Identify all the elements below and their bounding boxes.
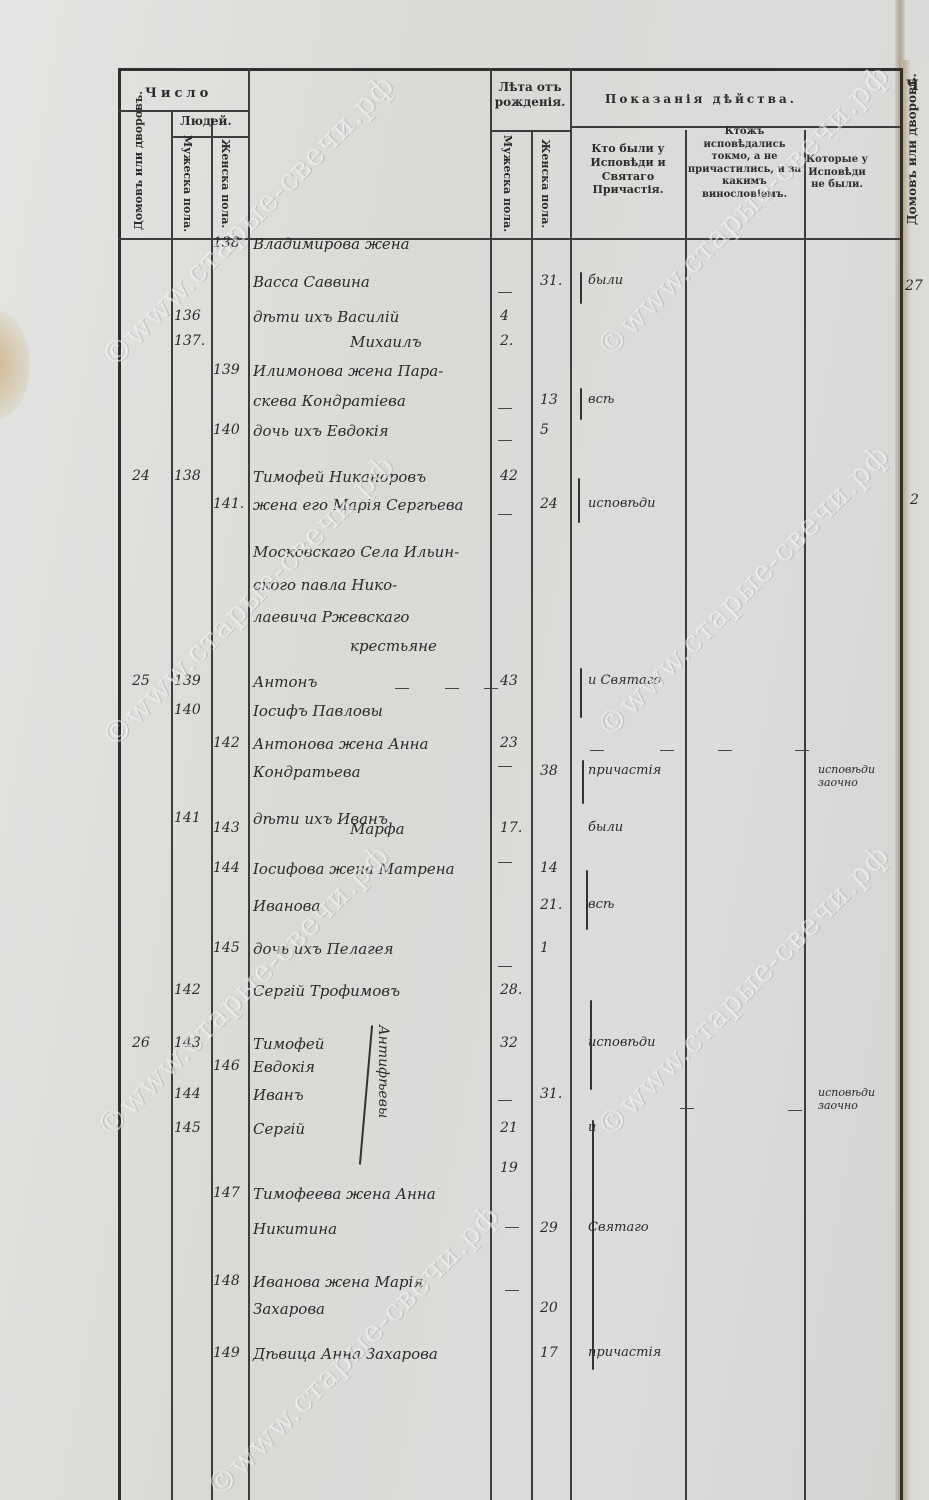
row-muzh-age: 23 [500, 735, 518, 751]
row-zhen-no: 148 [213, 1273, 240, 1289]
next-page-number: 2 [910, 492, 919, 508]
row-name: скева Кондратіева [253, 392, 406, 410]
dash [498, 1100, 512, 1101]
row-status: причастія [588, 763, 661, 778]
dash [680, 1108, 694, 1109]
header-divider [490, 130, 570, 132]
row-zhen-no: 139 [213, 362, 240, 378]
row-zhen-age: 20 [540, 1300, 558, 1316]
dash [505, 1227, 519, 1228]
row-name: Сергій Трофимовъ [253, 982, 400, 1000]
header-leta-zhen: Женска пола. [538, 134, 552, 234]
col-divider [531, 130, 533, 1500]
col-divider [211, 118, 213, 1500]
row-zhen-age: 17 [540, 1345, 558, 1361]
row-zhen-no: 149 [213, 1345, 240, 1361]
row-muzh-no: 144 [174, 1086, 201, 1102]
bracket [580, 668, 582, 718]
row-dom-no: 24 [132, 468, 150, 484]
row-note-col4: исповѣди заочно [818, 1086, 898, 1112]
row-zhen-no: 141. [213, 496, 244, 512]
dash [498, 766, 512, 767]
row-zhen-no: 140 [213, 422, 240, 438]
row-name: Марфа [350, 820, 405, 838]
side-annotation: Антифѣевы [375, 1025, 391, 1118]
dash [498, 514, 512, 515]
row-status: вcѣ [588, 392, 614, 407]
dash [498, 408, 512, 409]
dash [395, 688, 409, 689]
row-muzh-no: 140 [174, 702, 201, 718]
bracket [590, 1000, 592, 1090]
header-domov: Домовъ или дворовъ. [132, 120, 166, 230]
table-top-border [118, 68, 903, 71]
row-name: Антонъ [253, 673, 317, 691]
header-leta-muzh: Мужеска пола. [500, 134, 514, 234]
row-name: Захарова [253, 1300, 325, 1318]
row-status: были [588, 820, 623, 835]
dash [445, 688, 459, 689]
dash [505, 1290, 519, 1291]
row-muzh-age: 17. [500, 820, 522, 836]
row-name: Никитина [253, 1220, 337, 1238]
header-pokazaniya: Показанія дѣйства. [605, 92, 797, 107]
row-name: Иванъ [253, 1086, 304, 1104]
bracket [578, 478, 580, 523]
row-zhen-age: 21. [540, 897, 562, 913]
row-name: Илимонова жена Пара- [253, 362, 443, 380]
row-zhen-no: 142 [213, 735, 240, 751]
row-muzh-age: 2. [500, 333, 513, 349]
bracket [580, 272, 582, 304]
row-muzh-age: 43 [500, 673, 518, 689]
row-zhen-age: 1 [540, 940, 549, 956]
row-zhen-age: 31. [540, 273, 562, 289]
header-leta: Лѣта отъ рожденія. [490, 80, 570, 110]
row-status: были [588, 273, 623, 288]
row-name: Антонова жена Анна [253, 735, 428, 753]
row-status: исповѣди [588, 1035, 656, 1050]
bracket [592, 1120, 594, 1370]
bracket [582, 760, 584, 804]
header-kto-byli: Кто были у Исповѣди и Святаго Причастія. [573, 142, 683, 197]
row-name: дѣти ихъ Василій [253, 308, 399, 326]
dash [484, 688, 498, 689]
row-status: исповѣди [588, 496, 656, 511]
dash [498, 862, 512, 863]
row-note-col4: исповѣди заочно [818, 763, 898, 789]
dash [660, 750, 674, 751]
row-zhen-no: 145 [213, 940, 240, 956]
header-lyudey: Людей. [180, 114, 232, 129]
dash [795, 750, 809, 751]
row-muzh-no: 137. [174, 333, 205, 349]
row-zhen-age: 5 [540, 422, 549, 438]
row-muzh-no: 145 [174, 1120, 201, 1136]
header-chislo: Число [145, 86, 212, 102]
dash [498, 966, 512, 967]
row-zhen-age: 31. [540, 1086, 562, 1102]
row-muzh-age: 21 [500, 1120, 518, 1136]
bracket [586, 870, 588, 930]
dash [590, 750, 604, 751]
row-zhen-no: 146 [213, 1058, 240, 1074]
bracket [580, 388, 582, 420]
row-name: лаевича Ржевскаго [253, 608, 409, 626]
row-muzh-age: 28. [500, 982, 522, 998]
row-muzh-age: 4 [500, 308, 509, 324]
table-right-border [900, 68, 903, 1500]
row-name: Іосифъ Павловы [253, 702, 383, 720]
row-muzh-age: 32 [500, 1035, 518, 1051]
row-name: Тимофей [253, 1035, 324, 1053]
header-muzheska: Мужеска пола. [180, 134, 194, 234]
row-zhen-age: 13 [540, 392, 558, 408]
col-divider [570, 68, 572, 1500]
row-zhen-no: 144 [213, 860, 240, 876]
row-status: Святаго [588, 1220, 649, 1235]
col-divider [804, 130, 806, 1500]
table-left-border [118, 68, 121, 1500]
document-page: Ч Домовъ или дворовъ. 27 2 Число Людей. … [0, 0, 929, 1500]
row-muzh-no: 142 [174, 982, 201, 998]
row-name: Владимирова жена [253, 235, 410, 253]
col-divider [490, 68, 492, 1500]
row-name: Тимофеева жена Анна [253, 1185, 436, 1203]
row-zhen-age: 14 [540, 860, 558, 876]
row-name: Кондратьева [253, 763, 361, 781]
row-muzh-age: 19 [500, 1160, 518, 1176]
row-name: Васса Саввина [253, 273, 370, 291]
dash [498, 292, 512, 293]
row-zhen-age: 29 [540, 1220, 558, 1236]
row-dom-no: 26 [132, 1035, 150, 1051]
row-muzh-no: 138 [174, 468, 201, 484]
row-name: крестьяне [350, 637, 437, 655]
row-muzh-no: 141 [174, 810, 201, 826]
row-name: Евдокія [253, 1058, 315, 1076]
row-status: вcѣ [588, 897, 614, 912]
row-name: Михаилъ [350, 333, 422, 351]
dash [788, 1110, 802, 1111]
row-name: Сергій [253, 1120, 305, 1138]
row-zhen-no: 147 [213, 1185, 240, 1201]
dash [498, 440, 512, 441]
row-zhen-age: 24 [540, 496, 558, 512]
row-muzh-age: 42 [500, 468, 518, 484]
row-status: причастія [588, 1345, 661, 1360]
dash [718, 750, 732, 751]
water-stain [0, 310, 30, 420]
col-divider [248, 68, 250, 1500]
row-name: дочь ихъ Евдокія [253, 422, 389, 440]
row-zhen-no: 143 [213, 820, 240, 836]
col-divider [685, 130, 687, 1500]
row-zhen-age: 38 [540, 763, 558, 779]
